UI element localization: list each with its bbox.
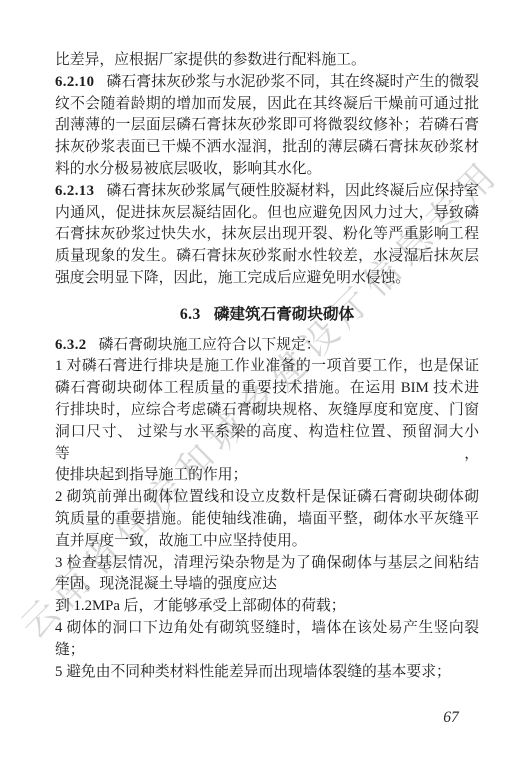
- line-text: 强度会明显下降，因此，施工完成后应避免明水侵蚀。: [55, 270, 410, 286]
- clause-number: 6.3.2: [55, 337, 87, 353]
- body-line: 纹不会随着龄期的增加而发展，因此在其终凝后干燥前可通过批: [55, 94, 479, 116]
- line-text: 质量现象的发生。磷石膏抹灰砂浆耐水性较差，水浸湿后抹灰层: [55, 248, 479, 264]
- line-text: 纹不会随着龄期的增加而发展，因此在其终凝后干燥前可通过批: [55, 96, 479, 112]
- line-text: 内通风，促进抹灰层凝结固化。但也应避免因风力过大，导致磷: [55, 205, 479, 221]
- line-text: 磷石膏砌块施工应符合以下规定：: [99, 337, 321, 353]
- document-page: 云南省住房和城乡建设厅信息专用 比差异，应根据厂家提供的参数进行配料施工。6.2…: [0, 0, 528, 767]
- line-text: 料的水分极易被底层吸收，影响其水化。: [55, 161, 321, 177]
- line-text: 3 检查基层情况，清理污染杂物是为了确保砌体与基层之间粘结: [55, 555, 479, 571]
- line-text: 行排块时，应综合考虑磷石膏砌块规格、灰缝厚度和宽度、门窗: [55, 402, 479, 418]
- clause-number: 6.2.13: [55, 183, 94, 199]
- heading-number: 6.3: [180, 306, 201, 323]
- body-line: 3 检查基层情况，清理污染杂物是为了确保砌体与基层之间粘结: [55, 553, 479, 575]
- line-text: 牢固。现浇混凝土导墙的强度应达: [55, 576, 277, 592]
- line-text: 直并厚度一致，故施工中应坚持使用。: [55, 533, 307, 549]
- body-line: 5 避免由不同种类材料性能差异而出现墙体裂缝的基本要求；: [55, 662, 479, 684]
- body-line: 使排块起到指导施工的作用；: [55, 465, 479, 487]
- body-line: 1 对磷石膏进行排块是施工作业准备的一项首要工作，也是保证: [55, 356, 479, 378]
- line-text: 1 对磷石膏进行排块是施工作业准备的一项首要工作，也是保证: [55, 358, 479, 374]
- line-text: 4 砌体的洞口下边角处有砌筑竖缝时，墙体在该处易产生竖向裂: [55, 620, 479, 636]
- body-line: 直并厚度一致，故施工中应坚持使用。: [55, 531, 479, 553]
- body-line: 磷石膏砌块砌体工程质量的重要技术措施。在运用 BIM 技术进: [55, 378, 479, 400]
- body-line: 到 1.2MPa 后，才能够承受上部砌体的荷载；: [55, 596, 479, 618]
- line-text: 洞口尺寸、 过梁与水平系梁的高度、构造柱位置、预留洞大小等，: [55, 424, 479, 462]
- body-line: 内通风，促进抹灰层凝结固化。但也应避免因风力过大，导致磷: [55, 203, 479, 225]
- line-text: 抹灰砂浆表面已干燥不洒水湿润，批刮的薄层磷石膏抹灰砂浆材: [55, 139, 479, 155]
- line-text: 磷石膏抹灰砂浆与水泥砂浆不同，其在终凝时产生的微裂: [106, 74, 479, 90]
- body-line: 2 砌筑前弹出砌体位置线和设立皮数杆是保证磷石膏砌块砌体砌: [55, 487, 479, 509]
- body-line: 洞口尺寸、 过梁与水平系梁的高度、构造柱位置、预留洞大小等，: [55, 422, 479, 466]
- line-text: 2 砌筑前弹出砌体位置线和设立皮数杆是保证磷石膏砌块砌体砌: [55, 489, 479, 505]
- line-text: 磷石膏抹灰砂浆属气硬性胶凝材料，因此终凝后应保持室: [106, 183, 479, 199]
- page-number: 67: [436, 709, 466, 727]
- body-line: 6.2.13磷石膏抹灰砂浆属气硬性胶凝材料，因此终凝后应保持室: [55, 181, 479, 203]
- body-line: 抹灰砂浆表面已干燥不洒水湿润，批刮的薄层磷石膏抹灰砂浆材: [55, 137, 479, 159]
- body-line: 强度会明显下降，因此，施工完成后应避免明水侵蚀。: [55, 268, 479, 290]
- clause-number: 6.2.10: [55, 74, 94, 90]
- line-text: 刮薄薄的一层面层磷石膏抹灰砂浆即可将微裂纹修补；若磷石膏: [55, 117, 479, 133]
- body-line: 牢固。现浇混凝土导墙的强度应达: [55, 574, 479, 596]
- body-line: 质量现象的发生。磷石膏抹灰砂浆耐水性较差，水浸湿后抹灰层: [55, 246, 479, 268]
- body-line: 6.3.2磷石膏砌块施工应符合以下规定：: [55, 335, 479, 357]
- heading-title: 磷建筑石膏砌块砌体: [214, 306, 354, 323]
- line-text: 使排块起到指导施工的作用；: [55, 467, 247, 483]
- line-text: 到 1.2MPa 后，才能够承受上部砌体的荷载；: [55, 598, 346, 614]
- body-line: 缝；: [55, 640, 479, 662]
- line-text: 缝；: [55, 642, 85, 658]
- body-line: 刮薄薄的一层面层磷石膏抹灰砂浆即可将微裂纹修补；若磷石膏: [55, 115, 479, 137]
- body-line: 6.2.10磷石膏抹灰砂浆与水泥砂浆不同，其在终凝时产生的微裂: [55, 72, 479, 94]
- line-text: 石膏抹灰砂浆过快失水，抹灰层出现开裂、粉化等严重影响工程: [55, 226, 479, 242]
- body-line: 筑质量的重要措施。能使轴线准确，墙面平整，砌体水平灰缝平: [55, 509, 479, 531]
- body-line: 4 砌体的洞口下边角处有砌筑竖缝时，墙体在该处易产生竖向裂: [55, 618, 479, 640]
- line-text: 5 避免由不同种类材料性能差异而出现墙体裂缝的基本要求；: [55, 664, 451, 680]
- body-line: 行排块时，应综合考虑磷石膏砌块规格、灰缝厚度和宽度、门窗: [55, 400, 479, 422]
- body-line: 石膏抹灰砂浆过快失水，抹灰层出现开裂、粉化等严重影响工程: [55, 224, 479, 246]
- section-heading: 6.3磷建筑石膏砌块砌体: [55, 304, 479, 326]
- line-text: 磷石膏砌块砌体工程质量的重要技术措施。在运用 BIM 技术进: [55, 380, 479, 396]
- line-text: 筑质量的重要措施。能使轴线准确，墙面平整，砌体水平灰缝平: [55, 511, 479, 527]
- body-line: 比差异，应根据厂家提供的参数进行配料施工。: [55, 50, 479, 72]
- page-body: 比差异，应根据厂家提供的参数进行配料施工。6.2.10磷石膏抹灰砂浆与水泥砂浆不…: [55, 50, 479, 683]
- body-line: 料的水分极易被底层吸收，影响其水化。: [55, 159, 479, 181]
- line-text: 比差异，应根据厂家提供的参数进行配料施工。: [55, 52, 366, 68]
